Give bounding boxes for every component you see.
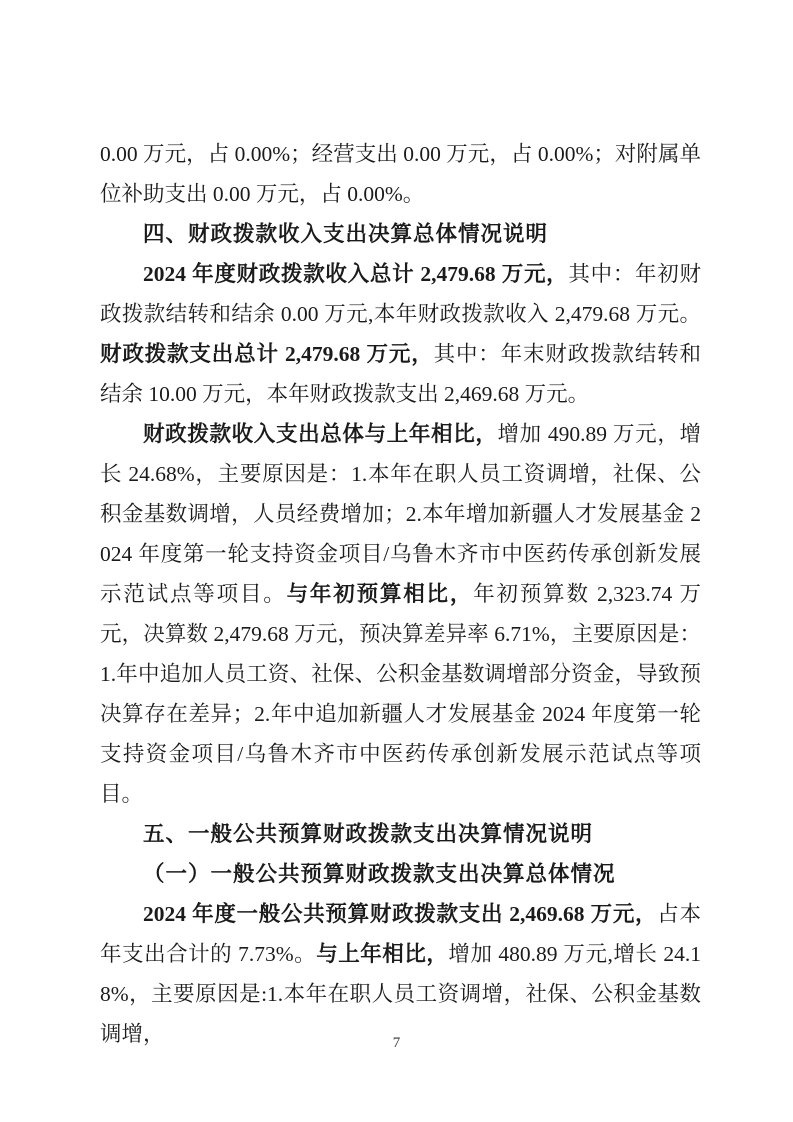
heading-kai: （一）一般公共预算财政拨款支出决算总体情况 (100, 854, 701, 894)
text-run: 与上年相比， (316, 942, 448, 966)
text-run: 年初预算数 2,323.74 万元，决算数 2,479.68 万元，预决算差异率… (100, 582, 701, 806)
paragraph: 2024 年度一般公共预算财政拨款支出 2,469.68 万元，占本年支出合计的… (100, 894, 701, 1054)
text-run: 2024 年度财政拨款收入总计 2,479.68 万元， (143, 262, 568, 286)
document-page: 0.00 万元，占 0.00%；经营支出 0.00 万元，占 0.00%；对附属… (0, 0, 793, 1122)
page-footer: 7 (0, 1032, 793, 1054)
text-run: 2024 年度一般公共预算财政拨款支出 2,469.68 万元， (143, 902, 657, 926)
text-run: 增加 490.89 万元，增长 24.68%，主要原因是：1.本年在职人员工资调… (100, 422, 701, 606)
heading-hei: 五、一般公共预算财政拨款支出决算情况说明 (100, 814, 701, 854)
heading-hei: 四、财政拨款收入支出决算总体情况说明 (100, 214, 701, 254)
text-run: 与年初预算相比， (287, 582, 474, 606)
text-run: （一）一般公共预算财政拨款支出决算总体情况 (143, 862, 616, 886)
paragraph: 0.00 万元，占 0.00%；经营支出 0.00 万元，占 0.00%；对附属… (100, 134, 701, 214)
paragraph: 2024 年度财政拨款收入总计 2,479.68 万元，其中：年初财政拨款结转和… (100, 254, 701, 414)
text-run: 0.00 万元，占 0.00%；经营支出 0.00 万元，占 0.00%；对附属… (100, 142, 701, 206)
page-number: 7 (393, 1035, 401, 1051)
text-run: 财政拨款收入支出总体与上年相比， (143, 422, 498, 446)
paragraph: 财政拨款收入支出总体与上年相比，增加 490.89 万元，增长 24.68%，主… (100, 414, 701, 814)
text-run: 四、财政拨款收入支出决算总体情况说明 (143, 222, 548, 246)
text-run: 财政拨款支出总计 2,479.68 万元， (100, 342, 434, 366)
document-body: 0.00 万元，占 0.00%；经营支出 0.00 万元，占 0.00%；对附属… (100, 134, 701, 1054)
text-run: 五、一般公共预算财政拨款支出决算情况说明 (143, 822, 593, 846)
